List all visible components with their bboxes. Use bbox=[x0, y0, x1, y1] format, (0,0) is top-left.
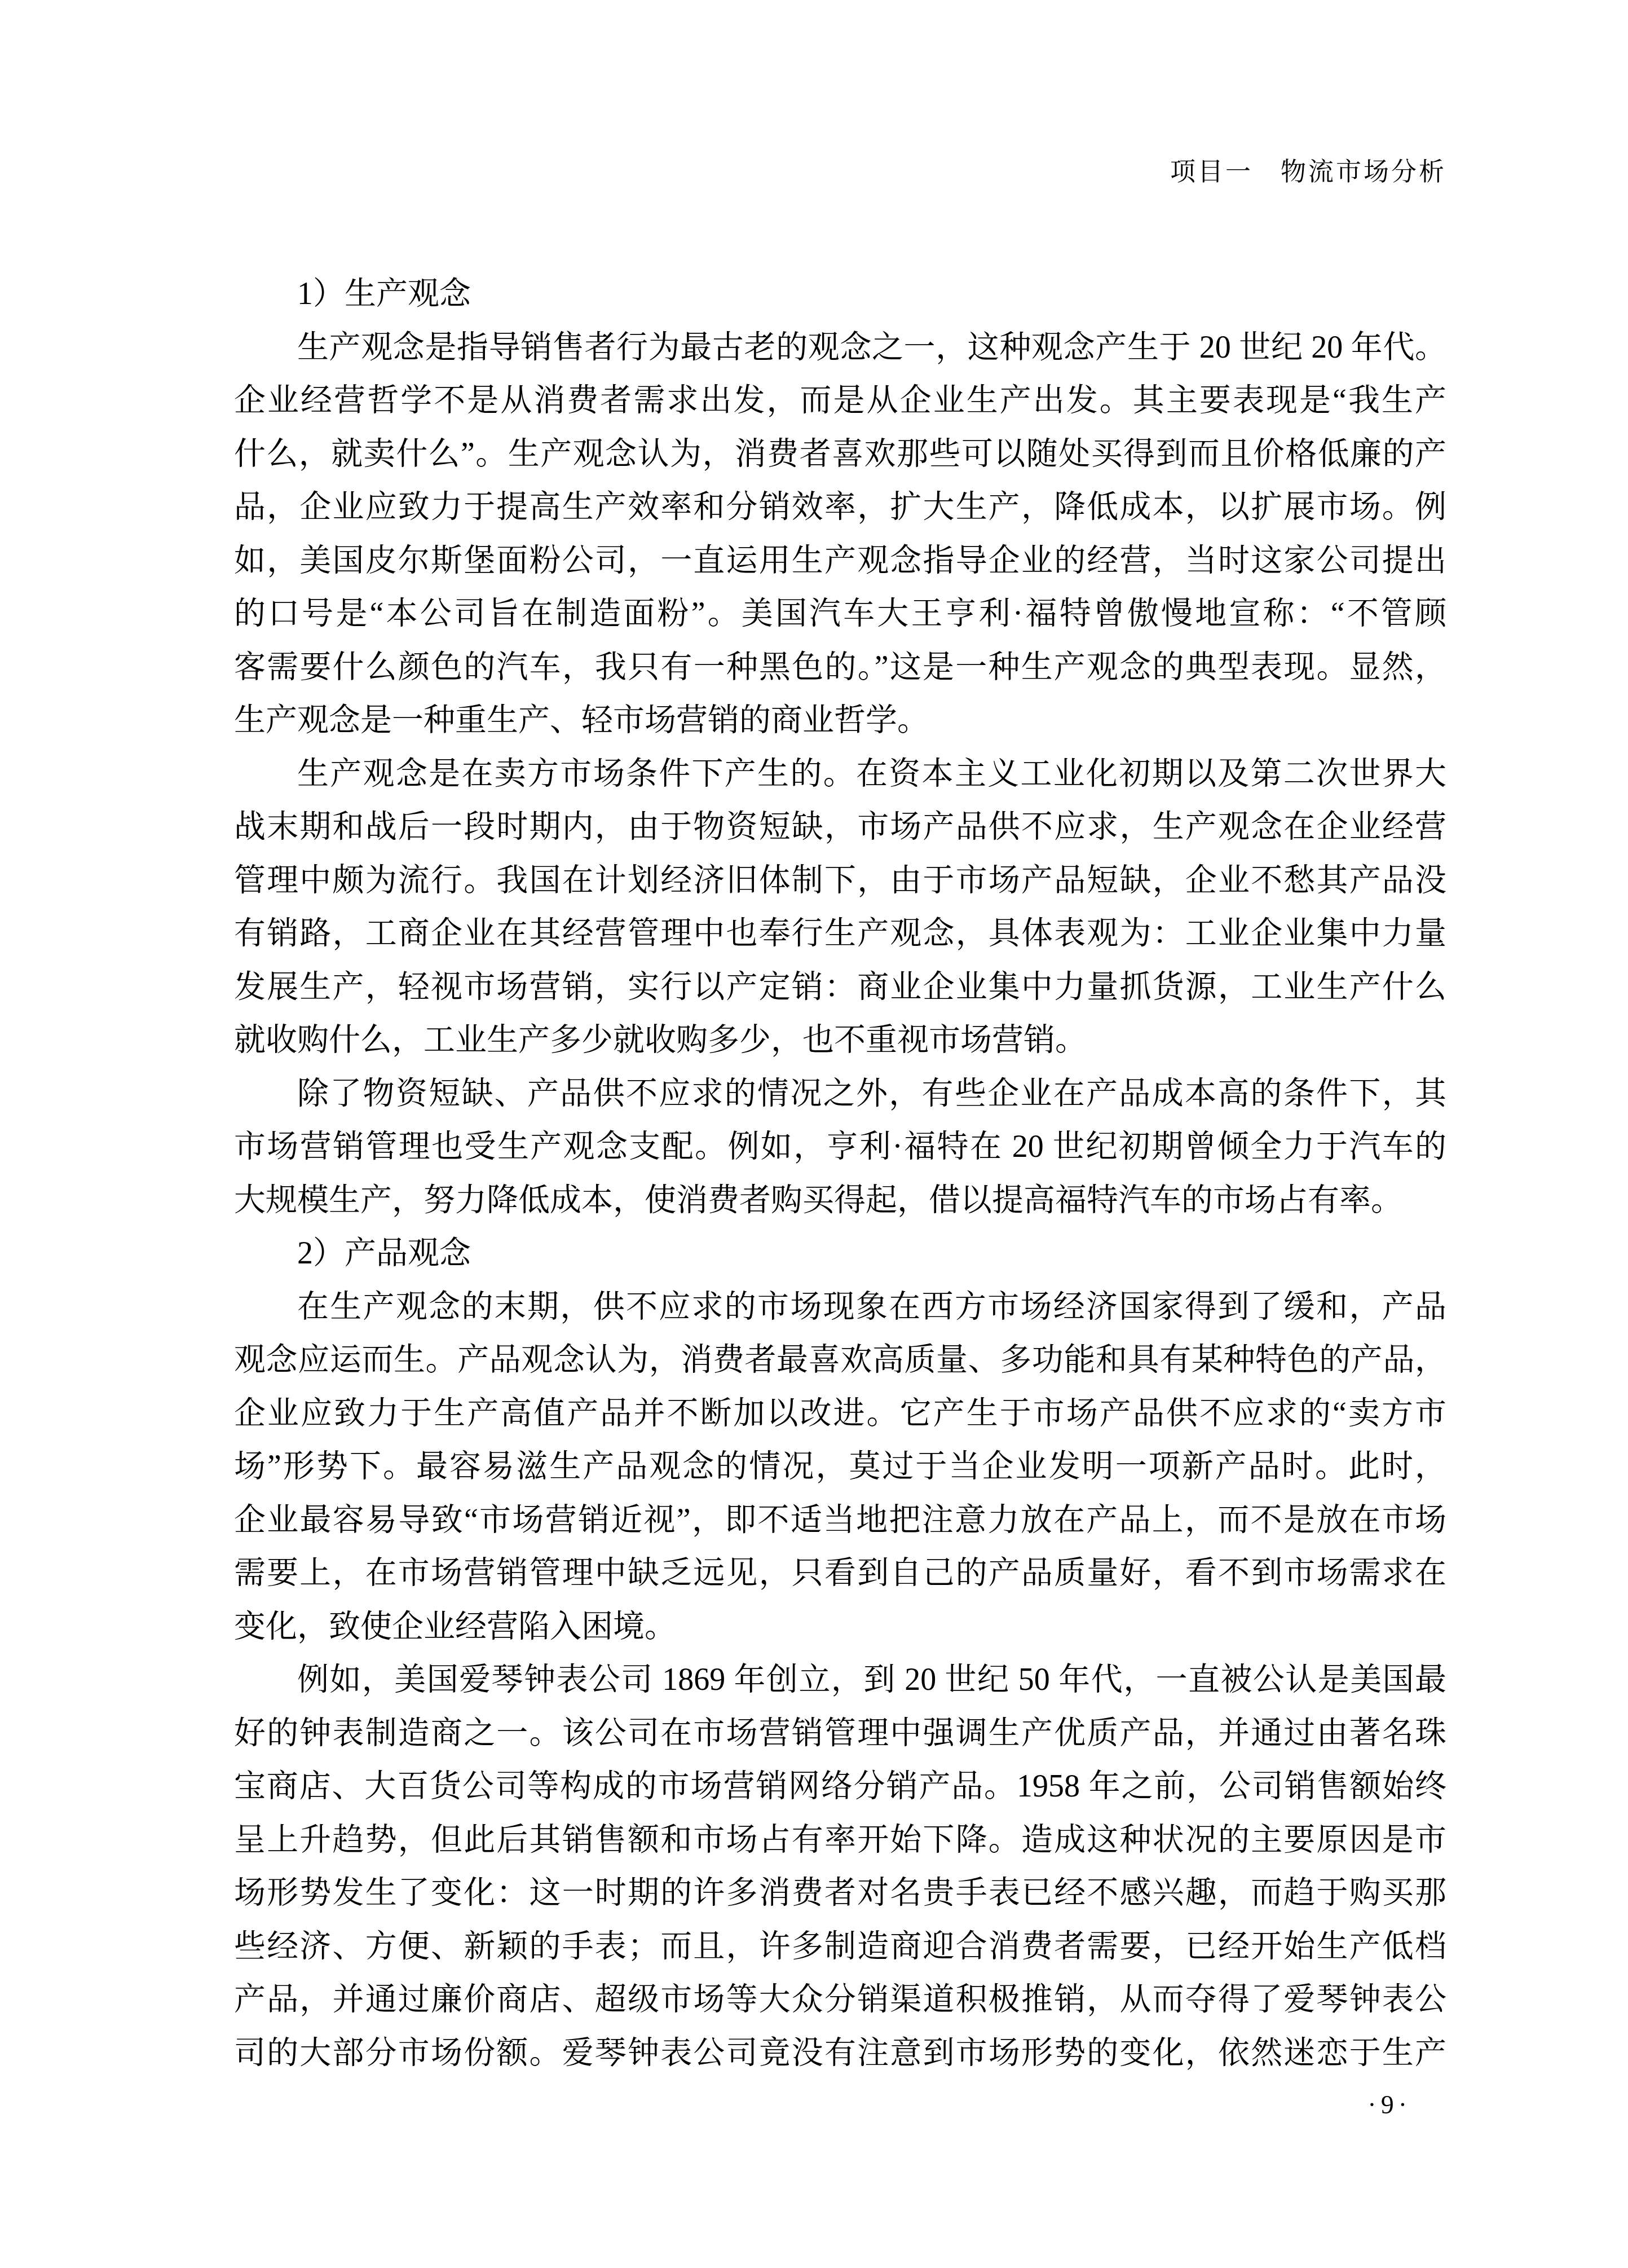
text-line: 发展生产，轻视市场营销，实行以产定销：商业企业集中力量抓货源，工业生产什么 bbox=[234, 961, 1446, 1014]
text-line: 2）产品观念 bbox=[234, 1227, 1446, 1280]
text-line: 如，美国皮尔斯堡面粉公司，一直运用生产观念指导企业的经营，当时这家公司提出 bbox=[234, 534, 1446, 588]
text-line: 管理中颇为流行。我国在计划经济旧体制下，由于市场产品短缺，企业不愁其产品没 bbox=[234, 854, 1446, 908]
text-line: 好的钟表制造商之一。该公司在市场营销管理中强调生产优质产品，并通过由著名珠 bbox=[234, 1707, 1446, 1760]
text-line: 品，企业应致力于提高生产效率和分销效率，扩大生产，降低成本，以扩展市场。例 bbox=[234, 481, 1446, 534]
text-line: 例如，美国爱琴钟表公司 1869 年创立，到 20 世纪 50 年代，一直被公认… bbox=[234, 1653, 1446, 1707]
text-line: 1）生产观念 bbox=[234, 267, 1446, 321]
text-line: 什么，就卖什么”。生产观念认为，消费者喜欢那些可以随处买得到而且价格低廉的产 bbox=[234, 428, 1446, 481]
text-line: 些经济、方便、新颖的手表；而且，许多制造商迎合消费者需要，已经开始生产低档 bbox=[234, 1920, 1446, 1974]
text-line: 就收购什么，工业生产多少就收购多少，也不重视市场营销。 bbox=[234, 1014, 1446, 1067]
text-line: 生产观念是指导销售者行为最古老的观念之一，这种观念产生于 20 世纪 20 年代… bbox=[234, 321, 1446, 375]
text-line: 生产观念是一种重生产、轻市场营销的商业哲学。 bbox=[234, 694, 1446, 747]
text-line: 宝商店、大百货公司等构成的市场营销网络分销产品。1958 年之前，公司销售额始终 bbox=[234, 1760, 1446, 1813]
text-line: 场形势发生了变化：这一时期的许多消费者对名贵手表已经不感兴趣，而趋于购买那 bbox=[234, 1866, 1446, 1920]
text-line: 企业最容易导致“市场营销近视”，即不适当地把注意力放在产品上，而不是放在市场 bbox=[234, 1494, 1446, 1547]
text-line: 观念应运而生。产品观念认为，消费者最喜欢高质量、多功能和具有某种特色的产品， bbox=[234, 1333, 1446, 1387]
text-line: 的口号是“本公司旨在制造面粉”。美国汽车大王亨利·福特曾傲慢地宣称：“不管顾 bbox=[234, 587, 1446, 641]
text-line: 变化，致使企业经营陷入困境。 bbox=[234, 1600, 1446, 1654]
running-header: 项目一 物流市场分析 bbox=[234, 151, 1446, 188]
page-number: ·9· bbox=[234, 2090, 1411, 2120]
text-line: 企业经营哲学不是从消费者需求出发，而是从企业生产出发。其主要表现是“我生产 bbox=[234, 374, 1446, 428]
text-line: 需要上，在市场营销管理中缺乏远见，只看到自己的产品质量好，看不到市场需求在 bbox=[234, 1547, 1446, 1600]
text-line: 企业应致力于生产高值产品并不断加以改进。它产生于市场产品供不应求的“卖方市 bbox=[234, 1387, 1446, 1441]
text-line: 有销路，工商企业在其经营管理中也奉行生产观念，具体表观为：工业企业集中力量 bbox=[234, 907, 1446, 961]
document-page: 项目一 物流市场分析 1）生产观念生产观念是指导销售者行为最古老的观念之一，这种… bbox=[0, 0, 1628, 2268]
text-line: 大规模生产，努力降低成本，使消费者购买得起，借以提高福特汽车的市场占有率。 bbox=[234, 1174, 1446, 1227]
text-line: 产品，并通过廉价商店、超级市场等大众分销渠道积极推销，从而夺得了爱琴钟表公 bbox=[234, 1973, 1446, 2027]
text-line: 场”形势下。最容易滋生产品观念的情况，莫过于当企业发明一项新产品时。此时， bbox=[234, 1440, 1446, 1494]
text-line: 生产观念是在卖方市场条件下产生的。在资本主义工业化初期以及第二次世界大 bbox=[234, 747, 1446, 801]
text-line: 在生产观念的末期，供不应求的市场现象在西方市场经济国家得到了缓和，产品 bbox=[234, 1280, 1446, 1334]
text-line: 呈上升趋势，但此后其销售额和市场占有率开始下降。造成这种状况的主要原因是市 bbox=[234, 1813, 1446, 1867]
body-text: 1）生产观念生产观念是指导销售者行为最古老的观念之一，这种观念产生于 20 世纪… bbox=[234, 267, 1446, 2080]
text-line: 战末期和战后一段时期内，由于物资短缺，市场产品供不应求，生产观念在企业经营 bbox=[234, 800, 1446, 854]
text-line: 除了物资短缺、产品供不应求的情况之外，有些企业在产品成本高的条件下，其 bbox=[234, 1067, 1446, 1121]
text-line: 司的大部分市场份额。爱琴钟表公司竟没有注意到市场形势的变化，依然迷恋于生产 bbox=[234, 2027, 1446, 2080]
text-line: 市场营销管理也受生产观念支配。例如，亨利·福特在 20 世纪初期曾倾全力于汽车的 bbox=[234, 1120, 1446, 1174]
text-line: 客需要什么颜色的汽车，我只有一种黑色的。”这是一种生产观念的典型表现。显然， bbox=[234, 641, 1446, 694]
